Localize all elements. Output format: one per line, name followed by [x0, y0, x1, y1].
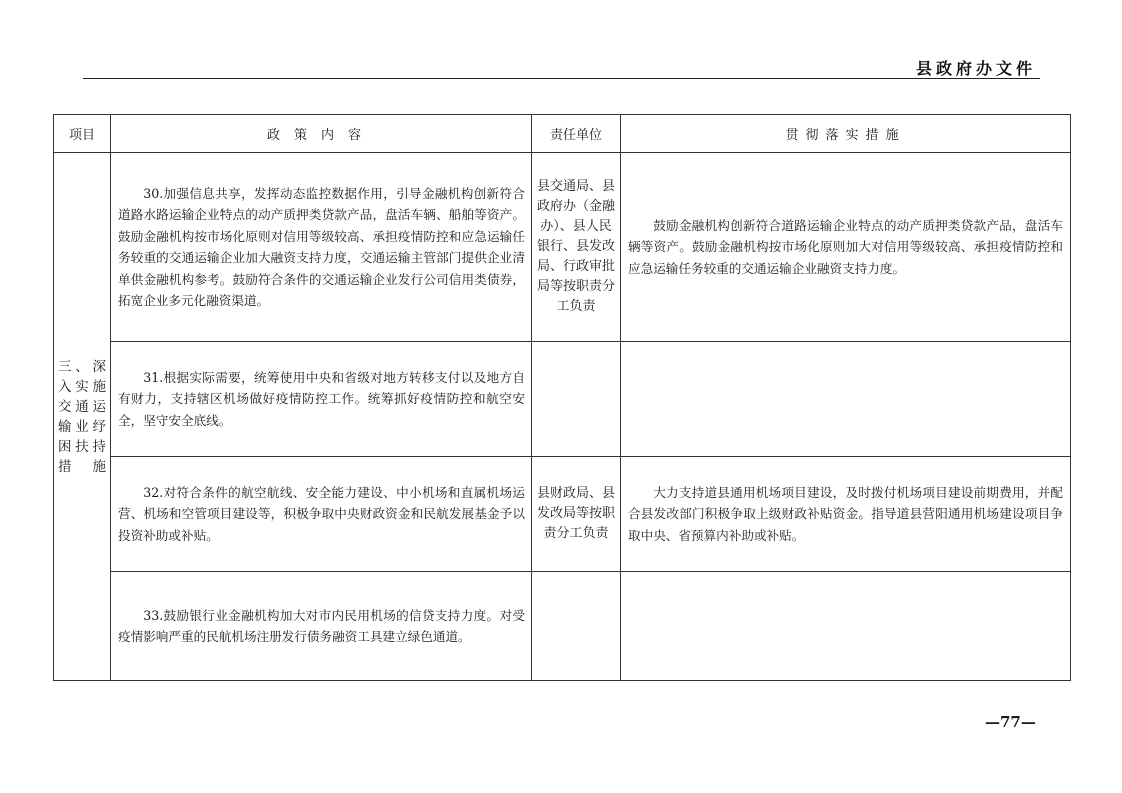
table-row: 32.对符合条件的航空航线、安全能力建设、中小机场和直属机场运营、机场和空管项目…	[54, 457, 1071, 572]
policy-cell: 30.加强信息共享，发挥动态监控数据作用，引导金融机构创新符合道路水路运输企业特…	[111, 153, 532, 342]
policy-cell: 32.对符合条件的航空航线、安全能力建设、中小机场和直属机场运营、机场和空管项目…	[111, 457, 532, 572]
unit-cell	[532, 572, 621, 681]
measure-cell: 大力支持道县通用机场项目建设，及时拨付机场项目建设前期费用，并配合县发改部门积极…	[621, 457, 1071, 572]
measure-text: 鼓励金融机构创新符合道路运输企业特点的动产质押类贷款产品，盘活车辆等资产。鼓励金…	[628, 215, 1063, 280]
table-row: 31.根据实际需要，统筹使用中央和省级对地方转移支付以及地方自有财力，支持辖区机…	[54, 342, 1071, 457]
running-title: 县政府办文件	[916, 56, 1036, 79]
policy-text: 30.加强信息共享，发挥动态监控数据作用，引导金融机构创新符合道路水路运输企业特…	[118, 183, 525, 312]
group-item-cell: 三、深入实施交通运输业纾困扶持措施	[54, 153, 111, 681]
measure-cell	[621, 342, 1071, 457]
policy-cell: 33.鼓励银行业金融机构加大对市内民用机场的信贷支持力度。对受疫情影响严重的民航…	[111, 572, 532, 681]
policy-cell: 31.根据实际需要，统筹使用中央和省级对地方转移支付以及地方自有财力，支持辖区机…	[111, 342, 532, 457]
column-header-unit: 责任单位	[532, 115, 621, 153]
measure-cell: 鼓励金融机构创新符合道路运输企业特点的动产质押类贷款产品，盘活车辆等资产。鼓励金…	[621, 153, 1071, 342]
column-header-measures: 贯彻落实措施	[621, 115, 1071, 153]
unit-cell: 县财政局、县发改局等按职责分工负责	[532, 457, 621, 572]
policy-table: 项目 政策内容 责任单位 贯彻落实措施 三、深入实施交通运输业纾困扶持措施 30…	[53, 114, 1071, 681]
table-header-row: 项目 政策内容 责任单位 贯彻落实措施	[54, 115, 1071, 153]
policy-text: 33.鼓励银行业金融机构加大对市内民用机场的信贷支持力度。对受疫情影响严重的民航…	[118, 605, 525, 648]
page-number: —77—	[985, 713, 1036, 731]
table-row: 33.鼓励银行业金融机构加大对市内民用机场的信贷支持力度。对受疫情影响严重的民航…	[54, 572, 1071, 681]
measure-text: 大力支持道县通用机场项目建设，及时拨付机场项目建设前期费用，并配合县发改部门积极…	[628, 482, 1063, 547]
unit-cell: 县交通局、县政府办（金融办）、县人民银行、县发改局、行政审批局等按职责分工负责	[532, 153, 621, 342]
column-header-item: 项目	[54, 115, 111, 153]
policy-text: 31.根据实际需要，统筹使用中央和省级对地方转移支付以及地方自有财力，支持辖区机…	[118, 367, 525, 432]
column-header-policy: 政策内容	[111, 115, 532, 153]
running-header: 县政府办文件	[83, 54, 1040, 79]
policy-text: 32.对符合条件的航空航线、安全能力建设、中小机场和直属机场运营、机场和空管项目…	[118, 482, 525, 547]
measure-cell	[621, 572, 1071, 681]
unit-cell	[532, 342, 621, 457]
table-row: 三、深入实施交通运输业纾困扶持措施 30.加强信息共享，发挥动态监控数据作用，引…	[54, 153, 1071, 342]
